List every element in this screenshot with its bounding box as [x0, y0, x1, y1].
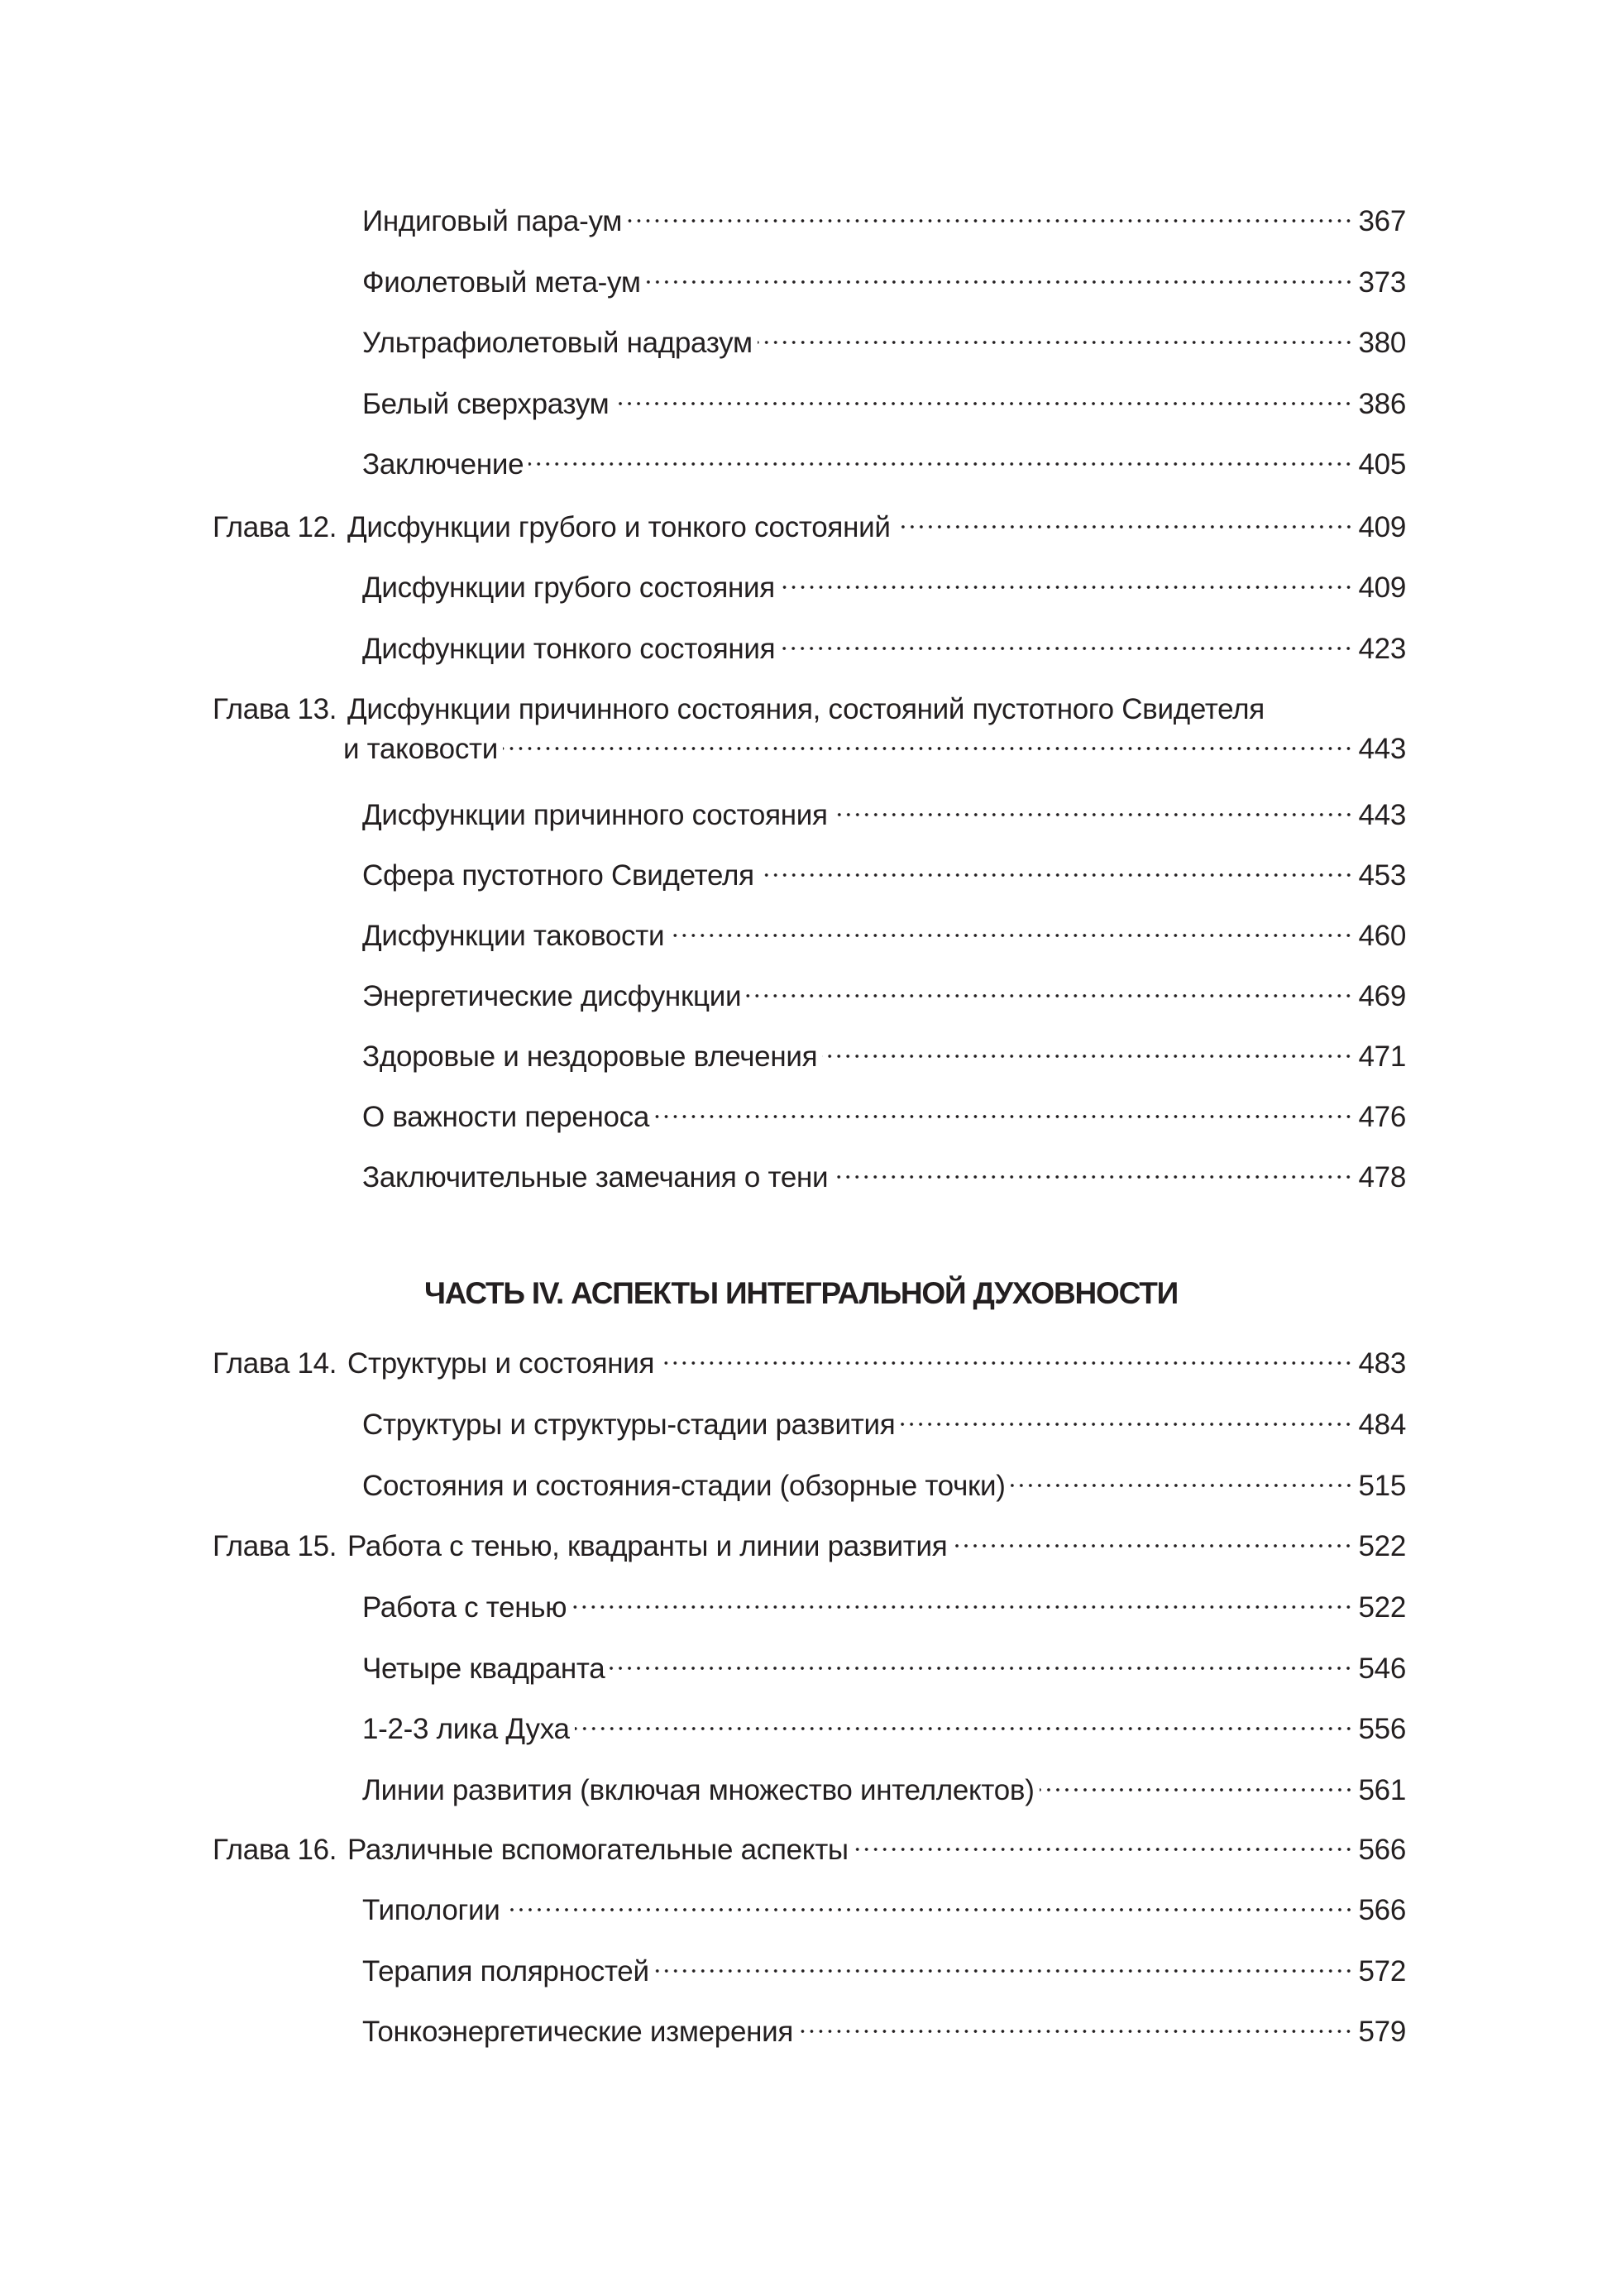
section-entry[interactable]: Четыре квадранта546: [0, 1649, 1602, 1689]
section-entry[interactable]: Фиолетовый мета-ум373: [0, 263, 1602, 303]
dot-leader: [1040, 1760, 1353, 1800]
entry-title: Структуры и состояния: [347, 1344, 659, 1384]
toc-entry-line: О важности переноса476: [362, 1087, 1406, 1137]
dot-leader: [646, 252, 1353, 292]
section-entry[interactable]: О важности переноса476: [0, 1098, 1602, 1137]
chapter-entry-ch13-continued[interactable]: и таковости443: [0, 729, 1602, 769]
entry-title: Тонкоэнергетические измерения: [362, 2012, 798, 2052]
section-entry[interactable]: Дисфункции таковости460: [0, 916, 1602, 956]
page-number: 561: [1353, 1771, 1406, 1810]
dot-leader: [854, 1820, 1353, 1859]
toc-entry-line: и таковости443: [343, 719, 1406, 769]
entry-title: и таковости: [343, 729, 503, 769]
chapter-label: Глава 15.: [213, 1527, 337, 1567]
entry-title: Структуры и структуры-стадии развития: [362, 1405, 900, 1445]
toc-entry-line: Дисфункции таковости460: [362, 906, 1406, 956]
page-number: 367: [1353, 202, 1406, 242]
toc-entry-line: Белый сверхразум386: [362, 374, 1406, 424]
toc-entry-line: Индиговый пара-ум367: [362, 191, 1406, 242]
section-entry[interactable]: Тонкоэнергетические измерения579: [0, 2012, 1602, 2052]
page-number: 469: [1353, 977, 1406, 1016]
dot-leader: [654, 1941, 1353, 1981]
dot-leader: [610, 1638, 1353, 1678]
dot-leader: [900, 1394, 1353, 1434]
entry-title: Ультрафиолетовый надразум: [362, 323, 758, 363]
page-number: 566: [1353, 1891, 1406, 1930]
entry-title: Заключение: [362, 445, 528, 485]
section-entry[interactable]: Состояния и состояния-стадии (обзорные т…: [0, 1466, 1602, 1506]
entry-title: Дисфункции причинного состояния: [362, 796, 833, 835]
dot-leader: [758, 313, 1353, 352]
entry-title: Четыре квадранта: [362, 1649, 610, 1689]
dot-leader: [614, 374, 1353, 414]
entry-title: Энергетические дисфункции: [362, 977, 746, 1016]
section-entry[interactable]: Структуры и структуры-стадии развития484: [0, 1405, 1602, 1445]
dot-leader: [575, 1699, 1353, 1739]
page-number: 460: [1353, 916, 1406, 956]
section-entry[interactable]: Белый сверхразум386: [0, 385, 1602, 424]
toc-entry-line: Фиолетовый мета-ум373: [362, 252, 1406, 303]
page-number: 566: [1353, 1830, 1406, 1870]
page-number: 409: [1353, 568, 1406, 608]
toc-entry-line: Здоровые и нездоровые влечения471: [362, 1026, 1406, 1077]
entry-title: Различные вспомогательные аспекты: [347, 1830, 854, 1870]
section-entry[interactable]: Дисфункции тонкого состояния423: [0, 629, 1602, 669]
dot-leader: [627, 191, 1353, 231]
chapter-label: Глава 16.: [213, 1830, 337, 1870]
entry-title: О важности переноса: [362, 1098, 654, 1137]
toc-entry-line: Заключение405: [362, 434, 1406, 485]
dot-leader: [833, 1147, 1353, 1187]
chapter-label: Глава 12.: [213, 508, 337, 548]
dot-leader: [759, 845, 1353, 885]
section-entry[interactable]: Ультрафиолетовый надразум380: [0, 323, 1602, 363]
dot-leader: [822, 1026, 1353, 1066]
dot-leader: [780, 557, 1353, 597]
entry-title: Сфера пустотного Свидетеля: [362, 856, 759, 896]
toc-entry-line: Структуры и структуры-стадии развития484: [362, 1394, 1406, 1445]
entry-title: 1-2-3 лика Духа: [362, 1710, 575, 1749]
toc-entry-line: Типологии566: [362, 1880, 1406, 1930]
page-number: 483: [1353, 1344, 1406, 1384]
page-number: 546: [1353, 1649, 1406, 1689]
entry-title: Работа с тенью: [362, 1588, 571, 1628]
page-number: 443: [1353, 796, 1406, 835]
entry-title: Линии развития (включая множество интелл…: [362, 1771, 1040, 1810]
toc-entry-line: Тонкоэнергетические измерения579: [362, 2002, 1406, 2052]
part-heading: ЧАСТЬ IV. АСПЕКТЫ ИНТЕГРАЛЬНОЙ ДУХОВНОСТ…: [0, 1274, 1602, 1313]
dot-leader: [896, 497, 1353, 537]
toc-entry-line: Энергетические дисфункции469: [362, 966, 1406, 1016]
section-entry[interactable]: Индиговый пара-ум367: [0, 202, 1602, 242]
page-number: 423: [1353, 629, 1406, 669]
page-number: 443: [1353, 729, 1406, 769]
page-number: 478: [1353, 1158, 1406, 1198]
toc-entry-line: 1-2-3 лика Духа556: [362, 1699, 1406, 1749]
section-entry[interactable]: Дисфункции грубого состояния409: [0, 568, 1602, 608]
toc-entry-line: Сфера пустотного Свидетеля453: [362, 845, 1406, 896]
entry-title: Состояния и состояния-стадии (обзорные т…: [362, 1466, 1011, 1506]
page-number: 453: [1353, 856, 1406, 896]
chapter-entry-ch14[interactable]: Структуры и состояния483Глава 14.: [0, 1344, 1602, 1384]
entry-title: Дисфункции грубого состояния: [362, 568, 780, 608]
page-number: 572: [1353, 1952, 1406, 1992]
section-entry[interactable]: Работа с тенью522: [0, 1588, 1602, 1628]
page-number: 484: [1353, 1405, 1406, 1445]
dot-leader: [669, 906, 1353, 945]
toc-entry-line: Состояния и состояния-стадии (обзорные т…: [362, 1456, 1406, 1506]
chapter-entry-ch12[interactable]: Дисфункции грубого и тонкого состояний40…: [0, 508, 1602, 548]
entry-title: Здоровые и нездоровые влечения: [362, 1037, 822, 1077]
entry-title: Терапия полярностей: [362, 1952, 654, 1992]
dot-leader: [746, 966, 1353, 1006]
toc-entry-line: Линии развития (включая множество интелл…: [362, 1760, 1406, 1810]
page-number: 522: [1353, 1527, 1406, 1567]
toc-entry-line: Дисфункции грубого состояния409: [362, 557, 1406, 608]
toc-entry-line: Ультрафиолетовый надразум380: [362, 313, 1406, 363]
chapter-entry-ch16[interactable]: Различные вспомогательные аспекты566Глав…: [0, 1830, 1602, 1870]
toc-entry-line: Работа с тенью, квадранты и линии развит…: [347, 1516, 1406, 1567]
dot-leader: [952, 1516, 1353, 1556]
section-entry[interactable]: Заключительные замечания о тени478: [0, 1158, 1602, 1198]
chapter-label: Глава 14.: [213, 1344, 337, 1384]
page-number: 515: [1353, 1466, 1406, 1506]
chapter-label: Глава 13.: [213, 690, 337, 729]
dot-leader: [503, 719, 1353, 758]
dot-leader: [528, 434, 1353, 474]
dot-leader: [659, 1333, 1353, 1373]
toc-entry-line: Дисфункции причинного состояния443: [362, 785, 1406, 835]
page-number: 579: [1353, 2012, 1406, 2052]
toc-entry-line: Дисфункции тонкого состояния423: [362, 619, 1406, 669]
page-number: 386: [1353, 385, 1406, 424]
toc-entry-line: Терапия полярностей572: [362, 1941, 1406, 1992]
section-entry[interactable]: Дисфункции причинного состояния443: [0, 796, 1602, 835]
section-entry[interactable]: Заключение405: [0, 445, 1602, 485]
section-entry[interactable]: Типологии566: [0, 1891, 1602, 1930]
page-number: 471: [1353, 1037, 1406, 1077]
page-number: 409: [1353, 508, 1406, 548]
page-number: 556: [1353, 1710, 1406, 1749]
dot-leader: [833, 785, 1353, 825]
toc-entry-line: Различные вспомогательные аспекты566: [347, 1820, 1406, 1870]
entry-title: Белый сверхразум: [362, 385, 614, 424]
section-entry[interactable]: 1-2-3 лика Духа556: [0, 1710, 1602, 1749]
page-number: 476: [1353, 1098, 1406, 1137]
toc-entry-line: Четыре квадранта546: [362, 1638, 1406, 1689]
entry-title: Заключительные замечания о тени: [362, 1158, 833, 1198]
dot-leader: [798, 2002, 1353, 2041]
dot-leader: [571, 1577, 1353, 1617]
section-entry[interactable]: Терапия полярностей572: [0, 1952, 1602, 1992]
entry-title: Дисфункции таковости: [362, 916, 669, 956]
dot-leader: [654, 1087, 1353, 1126]
chapter-entry-ch15[interactable]: Работа с тенью, квадранты и линии развит…: [0, 1527, 1602, 1567]
entry-title: Работа с тенью, квадранты и линии развит…: [347, 1527, 952, 1567]
section-entry[interactable]: Линии развития (включая множество интелл…: [0, 1771, 1602, 1810]
entry-title: Индиговый пара-ум: [362, 202, 627, 242]
section-entry[interactable]: Энергетические дисфункции469: [0, 977, 1602, 1016]
page-number: 405: [1353, 445, 1406, 485]
toc-entry-line: Заключительные замечания о тени478: [362, 1147, 1406, 1198]
entry-title: Дисфункции тонкого состояния: [362, 629, 780, 669]
toc-entry-line: Дисфункции грубого и тонкого состояний40…: [347, 497, 1406, 548]
dot-leader: [780, 619, 1353, 658]
toc-entry-line: Работа с тенью522: [362, 1577, 1406, 1628]
page-number: 373: [1353, 263, 1406, 303]
section-entry[interactable]: Здоровые и нездоровые влечения471: [0, 1037, 1602, 1077]
entry-title: Типологии: [362, 1891, 505, 1930]
dot-leader: [1011, 1456, 1353, 1495]
entry-title: Фиолетовый мета-ум: [362, 263, 646, 303]
dot-leader: [505, 1880, 1354, 1920]
toc-entry-line: Структуры и состояния483: [347, 1333, 1406, 1384]
page-number: 522: [1353, 1588, 1406, 1628]
table-of-contents: Индиговый пара-ум367Фиолетовый мета-ум37…: [0, 0, 1602, 2296]
entry-title: Дисфункции грубого и тонкого состояний: [347, 508, 896, 548]
page-number: 380: [1353, 323, 1406, 363]
section-entry[interactable]: Сфера пустотного Свидетеля453: [0, 856, 1602, 896]
